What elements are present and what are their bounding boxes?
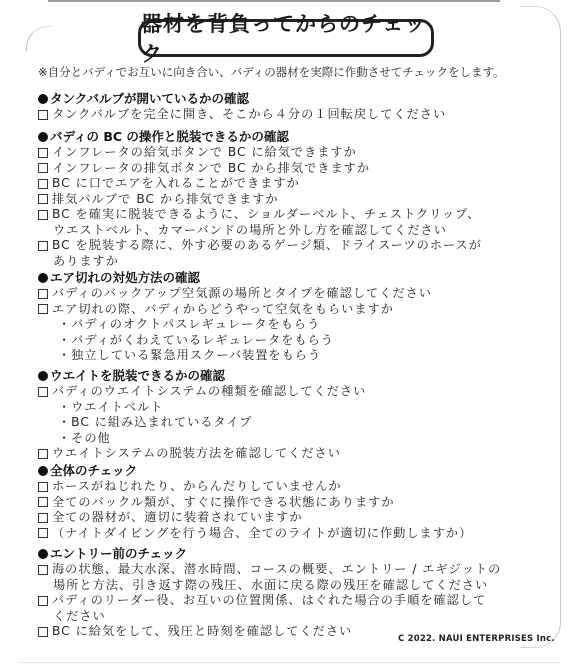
item-text: ありますか bbox=[53, 254, 119, 270]
checkbox[interactable] bbox=[38, 482, 48, 492]
checklist-section: タンクバルブが開いているかの確認タンクバルブを完全に開き、そこから４分の１回転戻… bbox=[38, 90, 446, 123]
item-text: 全ての器材が、適切に装着されていますか bbox=[52, 510, 303, 526]
checkbox[interactable] bbox=[38, 110, 48, 120]
checklist-item[interactable]: バディのリーダー役、お互いの位置関係、はぐれた場合の手順を確認して bbox=[38, 593, 501, 609]
checklist-item[interactable]: 排気バルブで BC から排気できますか bbox=[38, 192, 482, 208]
checklist-item[interactable]: インフレータの給気ボタンで BC に給気できますか bbox=[38, 145, 482, 161]
item-text: ・その他 bbox=[58, 431, 111, 447]
item-text: バディのウエイトシステムの種類を確認してください bbox=[52, 384, 366, 400]
checklist-section: バディの BC の操作と脱装できるかの確認インフレータの給気ボタンで BC に給… bbox=[38, 128, 482, 269]
section-heading-text: バディの BC の操作と脱装できるかの確認 bbox=[50, 129, 289, 144]
checklist-item[interactable]: 海の状態、最大水深、潜水時間、コースの概要、エントリー / エギジットの bbox=[38, 562, 501, 578]
item-text: ・バディのオクトパスレギュレータをもらう bbox=[58, 317, 320, 333]
checklist-item-continuation: ありますか bbox=[38, 254, 482, 270]
checklist-subitem: ・ウエイトベルト bbox=[38, 400, 366, 416]
checkbox[interactable] bbox=[38, 596, 48, 606]
checklist-item-continuation: 場所と方法、引き返す際の残圧、水面に戻る際の残圧を確認してください bbox=[38, 578, 501, 594]
checkbox[interactable] bbox=[38, 387, 48, 397]
checklist-item[interactable]: バディのウエイトシステムの種類を確認してください bbox=[38, 384, 366, 400]
bottom-border-line bbox=[20, 662, 560, 663]
section-heading: バディの BC の操作と脱装できるかの確認 bbox=[38, 128, 482, 145]
page-title: 器材を背負ってからのチェック bbox=[141, 8, 431, 68]
item-text: BC を脱装する際に、外す必要のあるゲージ類、ドライスーツのホースが bbox=[52, 238, 482, 254]
checklist-subitem: ・BC に組み込まれているタイプ bbox=[38, 415, 366, 431]
checkbox[interactable] bbox=[38, 513, 48, 523]
section-heading-text: 全体のチェック bbox=[50, 463, 137, 478]
checklist-item[interactable]: BC を確実に脱装できるように、ショルダーベルト、チェストクリップ、 bbox=[38, 207, 482, 223]
checkbox[interactable] bbox=[38, 148, 48, 158]
checkbox[interactable] bbox=[38, 449, 48, 459]
bullet-circle-icon bbox=[38, 549, 48, 559]
checkbox[interactable] bbox=[38, 304, 48, 314]
item-text: インフレータの給気ボタンで BC に給気できますか bbox=[52, 145, 357, 161]
section-heading: ウエイトを脱装できるかの確認 bbox=[38, 367, 366, 384]
checklist-item[interactable]: ウエイトシステムの脱装方法を確認してください bbox=[38, 446, 366, 462]
item-text: 海の状態、最大水深、潜水時間、コースの概要、エントリー / エギジットの bbox=[52, 562, 501, 578]
section-heading-text: エントリー前のチェック bbox=[50, 546, 187, 561]
checkbox[interactable] bbox=[38, 528, 48, 538]
bullet-circle-icon bbox=[38, 132, 48, 142]
card-border-right bbox=[520, 6, 561, 648]
item-text: ・バディがくわえているレギュレータをもらう bbox=[58, 333, 334, 349]
checklist-item-continuation: ください bbox=[38, 609, 501, 625]
checklist-section: ウエイトを脱装できるかの確認バディのウエイトシステムの種類を確認してください・ウ… bbox=[38, 367, 366, 462]
item-text: BC に口でエアを入れることができますか bbox=[52, 176, 300, 192]
item-text: タンクバルブを完全に開き、そこから４分の１回転戻してください bbox=[52, 107, 446, 123]
checklist-item[interactable]: 全てのバックル類が、すぐに操作できる状態にありますか bbox=[38, 495, 472, 511]
checkbox[interactable] bbox=[38, 627, 48, 637]
checkbox[interactable] bbox=[38, 179, 48, 189]
checklist-item[interactable]: 全ての器材が、適切に装着されていますか bbox=[38, 510, 472, 526]
section-heading-text: エア切れの対処方法の確認 bbox=[50, 270, 200, 285]
bullet-circle-icon bbox=[38, 371, 48, 381]
item-text: エア切れの際、バディからどうやって空気をもらいますか bbox=[52, 302, 394, 318]
checklist-item[interactable]: バディのバックアップ空気源の場所とタイプを確認してください bbox=[38, 286, 432, 302]
checklist-item[interactable]: BC を脱装する際に、外す必要のあるゲージ類、ドライスーツのホースが bbox=[38, 238, 482, 254]
item-text: BC に給気をして、残圧と時刻を確認してください bbox=[52, 624, 352, 640]
checkbox[interactable] bbox=[38, 289, 48, 299]
section-heading: エントリー前のチェック bbox=[38, 545, 501, 562]
item-text: ウエイトシステムの脱装方法を確認してください bbox=[52, 446, 341, 462]
item-text: ・ウエイトベルト bbox=[58, 400, 164, 416]
item-text: 場所と方法、引き返す際の残圧、水面に戻る際の残圧を確認してください bbox=[53, 578, 488, 594]
item-text: 全てのバックル類が、すぐに操作できる状態にありますか bbox=[52, 495, 395, 511]
checklist-item[interactable]: エア切れの際、バディからどうやって空気をもらいますか bbox=[38, 302, 432, 318]
item-text: （ナイトダイビングを行う場合、全てのライトが適切に作動しますか） bbox=[52, 526, 472, 542]
item-text: ウエストベルト、カマーバンドの場所と外し方を確認してください bbox=[53, 223, 447, 239]
checklist-item[interactable]: （ナイトダイビングを行う場合、全てのライトが適切に作動しますか） bbox=[38, 526, 472, 542]
checklist-section: エントリー前のチェック海の状態、最大水深、潜水時間、コースの概要、エントリー /… bbox=[38, 545, 501, 640]
section-heading: タンクバルブが開いているかの確認 bbox=[38, 90, 446, 107]
checklist-subitem: ・その他 bbox=[38, 431, 366, 447]
checklist-section: 全体のチェックホースがねじれたり、からんだりしていませんか全てのバックル類が、す… bbox=[38, 462, 472, 541]
item-text: 排気バルブで BC から排気できますか bbox=[52, 192, 279, 208]
checkbox[interactable] bbox=[38, 497, 48, 507]
top-border-line bbox=[48, 0, 500, 2]
section-heading-text: ウエイトを脱装できるかの確認 bbox=[50, 368, 225, 383]
checklist-section: エア切れの対処方法の確認バディのバックアップ空気源の場所とタイプを確認してくださ… bbox=[38, 269, 432, 364]
checklist-item[interactable]: タンクバルブを完全に開き、そこから４分の１回転戻してください bbox=[38, 107, 446, 123]
checkbox[interactable] bbox=[38, 241, 48, 251]
checkbox[interactable] bbox=[38, 194, 48, 204]
checklist-subitem: ・バディがくわえているレギュレータをもらう bbox=[38, 333, 432, 349]
section-heading: 全体のチェック bbox=[38, 462, 472, 479]
checklist-item[interactable]: ホースがねじれたり、からんだりしていませんか bbox=[38, 479, 472, 495]
checkbox[interactable] bbox=[38, 163, 48, 173]
card-corner-left bbox=[26, 26, 51, 51]
title-box: 器材を背負ってからのチェック bbox=[138, 19, 434, 57]
checklist-subitem: ・バディのオクトパスレギュレータをもらう bbox=[38, 317, 432, 333]
item-text: バディのバックアップ空気源の場所とタイプを確認してください bbox=[52, 286, 432, 302]
bullet-circle-icon bbox=[38, 466, 48, 476]
checklist-item[interactable]: インフレータの排気ボタンで BC から排気できますか bbox=[38, 161, 482, 177]
checklist-item-continuation: ウエストベルト、カマーバンドの場所と外し方を確認してください bbox=[38, 223, 482, 239]
instruction-note: ※自分とバディでお互いに向き合い、バディの器材を実際に作動させてチェックをします… bbox=[38, 64, 505, 80]
item-text: ・独立している緊急用スクーバ装置をもらう bbox=[58, 348, 321, 364]
item-text: ホースがねじれたり、からんだりしていませんか bbox=[52, 479, 342, 495]
checkbox[interactable] bbox=[38, 210, 48, 220]
item-text: ください bbox=[53, 609, 106, 625]
item-text: ・BC に組み込まれているタイプ bbox=[58, 415, 252, 431]
section-heading: エア切れの対処方法の確認 bbox=[38, 269, 432, 286]
checkbox[interactable] bbox=[38, 565, 48, 575]
section-heading-text: タンクバルブが開いているかの確認 bbox=[50, 91, 249, 106]
item-text: バディのリーダー役、お互いの位置関係、はぐれた場合の手順を確認して bbox=[52, 593, 486, 609]
bullet-circle-icon bbox=[38, 94, 48, 104]
checklist-item[interactable]: BC に口でエアを入れることができますか bbox=[38, 176, 482, 192]
item-text: インフレータの排気ボタンで BC から排気できますか bbox=[52, 161, 370, 177]
copyright-text: C 2022. NAUI ENTERPRISES Inc. bbox=[398, 634, 555, 644]
bullet-circle-icon bbox=[38, 273, 48, 283]
checklist-subitem: ・独立している緊急用スクーバ装置をもらう bbox=[38, 348, 432, 364]
item-text: BC を確実に脱装できるように、ショルダーベルト、チェストクリップ、 bbox=[52, 207, 480, 223]
